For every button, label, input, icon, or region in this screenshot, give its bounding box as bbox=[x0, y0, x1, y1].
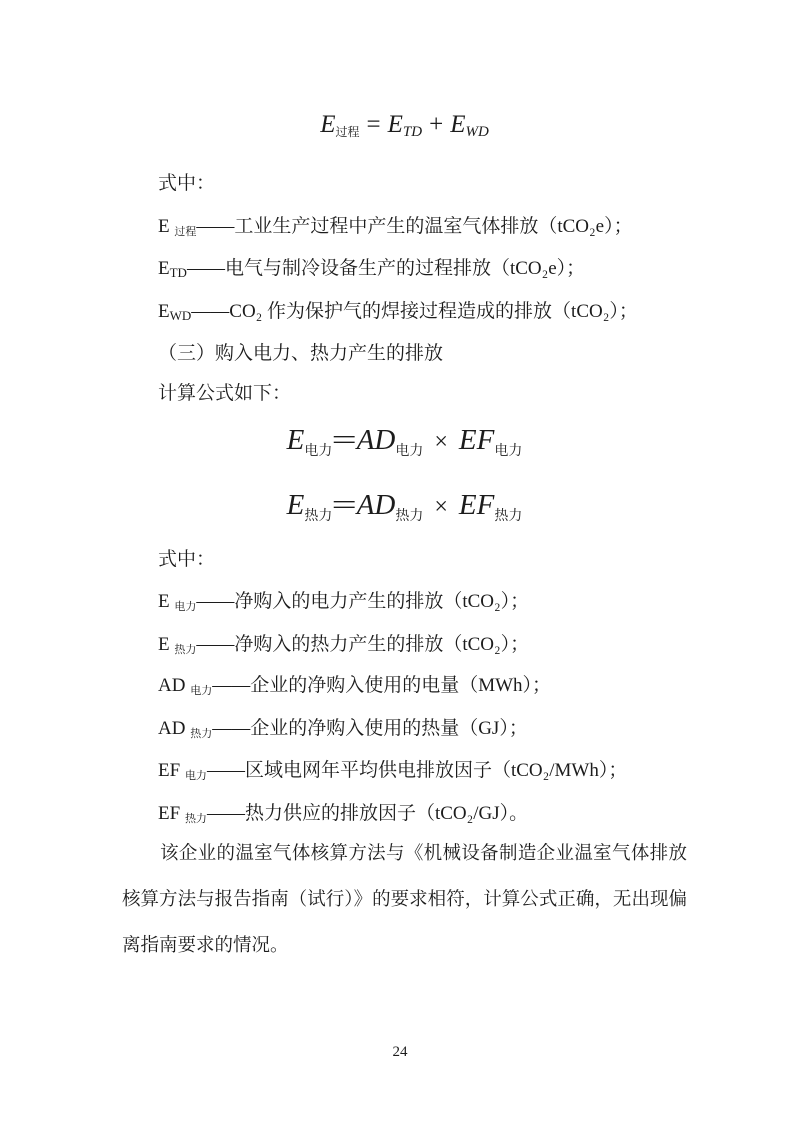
formula-process-emissions: E过程=ETD+EWD bbox=[122, 110, 687, 140]
formula-term-base: E bbox=[287, 424, 305, 456]
formula-term-base: E bbox=[320, 111, 335, 138]
def-e-td: ETD——电气与制冷设备生产的过程排放（tCO₂e）； bbox=[122, 257, 687, 281]
def-e-wd: EWD——CO₂ 作为保护气的焊接过程造成的排放（tCO₂）； bbox=[122, 300, 687, 324]
def-ef-electricity: EF 电力——区域电网年平均供电排放因子（tCO₂/MWh）； bbox=[122, 759, 687, 783]
equals-sign: = bbox=[332, 423, 357, 457]
symbol-subscript: 热力 bbox=[190, 728, 212, 740]
definition-text: ——净购入的电力产生的排放（tCO₂）； bbox=[196, 591, 529, 612]
definition-text: ——工业生产过程中产生的温室气体排放（tCO₂e）； bbox=[196, 216, 632, 237]
formula-term-subscript: 过程 bbox=[335, 125, 359, 139]
def-ad-heat: AD 热力——企业的净购入使用的热量（GJ）； bbox=[122, 717, 687, 741]
symbol-subscript: 电力 bbox=[190, 685, 212, 697]
symbol-base: EF bbox=[158, 760, 185, 781]
symbol-subscript: WD bbox=[170, 308, 192, 323]
symbol-base: E bbox=[158, 634, 174, 655]
symbol-base: E bbox=[158, 591, 174, 612]
conclusion-paragraph: 该企业的温室气体核算方法与《机械设备制造企业温室气体排放核算方法与报告指南（试行… bbox=[122, 831, 687, 969]
def-ef-heat: EF 热力——热力供应的排放因子（tCO₂/GJ）。 bbox=[122, 802, 687, 826]
where-label-2: 式中： bbox=[122, 548, 687, 572]
formula-term-subscript: WD bbox=[465, 124, 488, 140]
formula-term-subscript: TD bbox=[403, 124, 422, 140]
formula-term-base: EF bbox=[459, 424, 494, 456]
definition-text: ——净购入的热力产生的排放（tCO₂）； bbox=[196, 634, 529, 655]
section-heading-3: （三）购入电力、热力产生的排放 bbox=[122, 342, 687, 366]
definition-text: ——电气与制冷设备生产的过程排放（tCO₂e）； bbox=[187, 258, 585, 279]
formula-heat-emissions: E热力=AD热力×EF热力 bbox=[122, 488, 687, 524]
formula-term-base: AD bbox=[357, 489, 396, 521]
page-number: 24 bbox=[0, 1043, 800, 1061]
definition-text: ——CO₂ 作为保护气的焊接过程造成的排放（tCO₂）； bbox=[191, 301, 638, 322]
where-label-1: 式中： bbox=[122, 172, 687, 196]
symbol-subscript: TD bbox=[170, 265, 187, 280]
document-page: E过程=ETD+EWD 式中： E 过程——工业生产过程中产生的温室气体排放（t… bbox=[0, 0, 800, 1132]
symbol-subscript: 过程 bbox=[174, 226, 196, 238]
formula-term-subscript: 热力 bbox=[304, 509, 332, 524]
formula-term-base: EF bbox=[459, 489, 494, 521]
symbol-base: AD bbox=[158, 718, 190, 739]
symbol-base: E bbox=[158, 216, 174, 237]
equals-sign: = bbox=[367, 111, 381, 138]
equals-sign: = bbox=[332, 488, 357, 522]
symbol-subscript: 电力 bbox=[185, 770, 207, 782]
formula-intro: 计算公式如下： bbox=[122, 382, 687, 406]
definition-text: ——热力供应的排放因子（tCO₂/GJ）。 bbox=[207, 803, 528, 824]
def-e-process: E 过程——工业生产过程中产生的温室气体排放（tCO₂e）； bbox=[122, 215, 687, 239]
formula-electricity-emissions: E电力=AD电力×EF电力 bbox=[122, 423, 687, 459]
def-e-heat: E 热力——净购入的热力产生的排放（tCO₂）； bbox=[122, 633, 687, 657]
formula-term-base: E bbox=[450, 111, 465, 138]
formula-term-subscript: 热力 bbox=[494, 509, 522, 524]
symbol-base: E bbox=[158, 301, 170, 322]
definition-text: ——企业的净购入使用的电量（MWh）； bbox=[212, 675, 551, 696]
formula-term-subscript: 电力 bbox=[304, 444, 332, 459]
symbol-base: EF bbox=[158, 803, 185, 824]
multiply-sign: × bbox=[434, 429, 448, 455]
symbol-subscript: 热力 bbox=[174, 644, 196, 656]
formula-term-subscript: 电力 bbox=[494, 444, 522, 459]
formula-term-base: E bbox=[388, 111, 403, 138]
symbol-base: E bbox=[158, 258, 170, 279]
def-ad-electricity: AD 电力——企业的净购入使用的电量（MWh）； bbox=[122, 674, 687, 698]
symbol-subscript: 热力 bbox=[185, 813, 207, 825]
symbol-subscript: 电力 bbox=[174, 601, 196, 613]
formula-term-base: AD bbox=[357, 424, 396, 456]
def-e-electricity: E 电力——净购入的电力产生的排放（tCO₂）； bbox=[122, 590, 687, 614]
definition-text: ——企业的净购入使用的热量（GJ）； bbox=[212, 718, 528, 739]
plus-sign: + bbox=[429, 111, 443, 138]
symbol-base: AD bbox=[158, 675, 190, 696]
formula-term-base: E bbox=[287, 489, 305, 521]
multiply-sign: × bbox=[434, 494, 448, 520]
formula-term-subscript: 电力 bbox=[395, 444, 423, 459]
definition-text: ——区域电网年平均供电排放因子（tCO₂/MWh）； bbox=[207, 760, 627, 781]
formula-term-subscript: 热力 bbox=[395, 509, 423, 524]
